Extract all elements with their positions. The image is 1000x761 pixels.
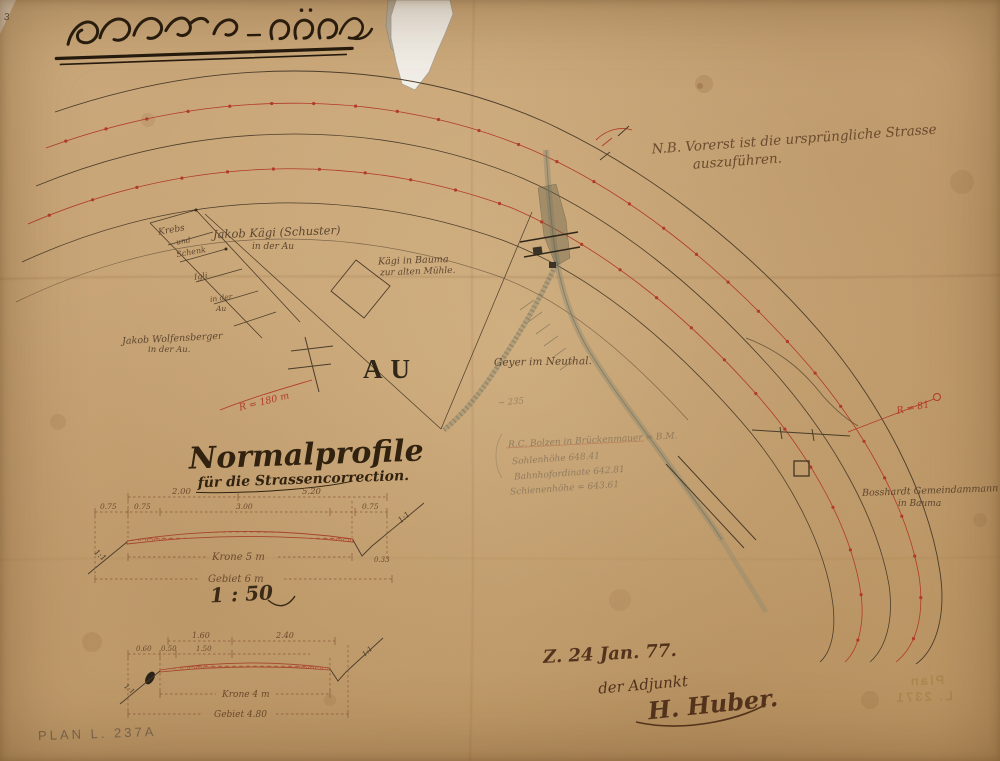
p1-ditch-depth: 0.33	[374, 556, 390, 564]
label-bosshardt-2: in Bauma	[898, 499, 941, 509]
river	[444, 150, 766, 612]
station-dot	[856, 639, 859, 642]
station-dot	[498, 202, 501, 205]
station-dot	[454, 188, 457, 191]
road-curves	[16, 71, 942, 664]
survey-note-line2: Sohlenhöhe 648.41	[512, 451, 601, 467]
label-kaegi-schuster: Jakob Kägi (Schuster)	[211, 223, 341, 242]
profile-1: 2.00 5.20 0.75 0.75 3.00 0.75 1:1 1:1 0.…	[88, 487, 424, 608]
stamp-line1: Plan	[909, 672, 945, 688]
label-au-small: Au	[215, 304, 226, 313]
stamp-bleedthrough: Plan L. 2371	[894, 672, 953, 705]
survey-note: R.C. Bolzen in Brückenmauer = B.M. Sohle…	[496, 431, 678, 497]
station-dot	[919, 596, 922, 599]
p1-dim-mid-1: 0.75	[100, 502, 117, 511]
station-dot	[883, 476, 886, 479]
station-dot	[187, 110, 190, 113]
label-geyer: Geyer im Neuthal.	[494, 355, 592, 369]
station-dot	[409, 178, 412, 181]
station-dot	[64, 140, 67, 143]
label-wolfensberger-2: in der Au.	[148, 345, 190, 355]
mill-building-2	[549, 262, 556, 268]
p1-dim-top-left: 2.00	[171, 487, 192, 497]
label-kaegi-schuster-2: in der Au	[252, 242, 294, 252]
p1-krone-label: Krone 5 m	[211, 552, 265, 563]
road-curve-mid	[36, 134, 890, 662]
mill-building	[533, 246, 543, 254]
station-dot	[540, 220, 543, 223]
station-dot	[786, 340, 789, 343]
label-schenk: Schenk	[176, 245, 207, 259]
label-inder: in der	[209, 292, 233, 304]
normalprofile-heading: Normalprofile für die Strassencorrection…	[187, 433, 425, 494]
p1-dim-top-right: 5.20	[302, 487, 322, 497]
p2-slope-left: 1:1	[122, 682, 136, 695]
p1-dim-mid-2: 0.75	[134, 502, 151, 511]
nb-note: N.B. Vorerst ist die ursprüngliche Stras…	[650, 122, 938, 176]
station-dot	[912, 637, 915, 640]
station-dot	[754, 392, 757, 395]
p2-road-surface	[160, 663, 330, 672]
plan-drawing: 3 N.B. Vorerst ist die ursprüngliche Str…	[0, 0, 1000, 761]
station-dot	[135, 186, 138, 189]
p2-krone-label: Krone 4 m	[221, 690, 270, 700]
station-dot	[690, 326, 693, 329]
scanned-plan-sheet: 3 N.B. Vorerst ist die ursprüngliche Str…	[0, 0, 1000, 761]
station-dot	[555, 160, 558, 163]
p2-dim-top-right: 2.40	[275, 631, 294, 640]
survey-cross-mark	[288, 337, 333, 392]
station-dot	[592, 180, 595, 183]
profile-2: 1.60 2.40 0.60 0.50 1.50 1:1 1:1 Krone 4…	[120, 631, 383, 720]
station-dot	[318, 168, 321, 171]
station-dot	[396, 110, 399, 113]
label-pencil-height: ~ 235	[498, 396, 525, 408]
station-dot	[723, 358, 726, 361]
calligraphic-title-flourish	[56, 7, 373, 64]
station-dot	[48, 214, 51, 217]
p2-gebiet-label: Gebiet 4.80	[214, 710, 267, 720]
torn-paper-patch	[386, 0, 453, 90]
plan-number-pencil: PLAN L. 237A	[38, 724, 157, 743]
p1-dim-mid-4: 0.75	[362, 502, 379, 511]
station-dot	[849, 548, 852, 551]
station-dot	[91, 198, 94, 201]
p1-slope-right: 1:1	[396, 510, 412, 525]
label-radius-left: R = 180 m	[237, 390, 290, 413]
scale-label: 1 : 50	[209, 580, 273, 607]
road-curve-innermost	[16, 239, 688, 420]
projected-axis-red-2	[28, 169, 862, 662]
station-dot	[783, 428, 786, 431]
label-und: und	[175, 235, 191, 246]
p1-dim-mid-3: 3.00	[236, 502, 253, 511]
foxing-spots	[50, 75, 987, 709]
station-dot	[628, 202, 631, 205]
station-dot	[619, 268, 622, 271]
station-dot	[831, 506, 834, 509]
survey-flag-mark	[596, 126, 632, 160]
nb-note-line2: auszuführen.	[692, 151, 782, 173]
p1-slope-left: 1:1	[92, 548, 108, 563]
p2-dim-mid-3: 1.50	[196, 645, 212, 653]
label-radius-right: R = 81	[895, 399, 931, 417]
station-dot	[270, 102, 273, 105]
stamp-line2: L. 2371	[895, 688, 954, 705]
projected-axis-red-1	[46, 103, 921, 662]
station-dot	[145, 117, 148, 120]
station-dot	[312, 102, 315, 105]
station-dot	[226, 170, 229, 173]
station-dot	[437, 118, 440, 121]
station-dot	[364, 171, 367, 174]
p2-dim-mid-1: 0.60	[136, 645, 152, 653]
station-dot	[180, 177, 183, 180]
river-centerline	[546, 150, 722, 540]
retaining-wall	[752, 427, 850, 441]
p1-road-surface	[127, 531, 353, 544]
station-dot	[860, 593, 863, 596]
radius-node-right	[934, 394, 941, 401]
station-dot	[517, 143, 520, 146]
hillside-line	[746, 338, 858, 426]
station-dot	[477, 129, 480, 132]
p2-right-ditch	[330, 638, 383, 681]
signature-block: Z. 24 Jan. 77. der Adjunkt H. Huber.	[542, 640, 780, 726]
p2-dim-mid-2: 0.50	[161, 645, 177, 653]
station-dot	[757, 310, 760, 313]
label-au-stamp: AU	[363, 354, 418, 384]
signature-date: Z. 24 Jan. 77.	[542, 640, 678, 668]
survey-note-line1: R.C. Bolzen in Brückenmauer = B.M.	[507, 431, 678, 450]
station-dot	[727, 281, 730, 284]
station-dot	[655, 296, 658, 299]
station-dot	[900, 515, 903, 518]
station-dot	[580, 243, 583, 246]
station-dot	[228, 105, 231, 108]
station-dot	[104, 127, 107, 130]
station-dot	[862, 440, 865, 443]
station-dot	[662, 227, 665, 230]
crossing-road	[666, 456, 756, 548]
p2-dim-top-left: 1.60	[192, 631, 210, 640]
station-dot	[839, 405, 842, 408]
station-dot	[814, 372, 817, 375]
station-dot	[913, 555, 916, 558]
river-continuation	[722, 540, 766, 612]
station-dot	[354, 105, 357, 108]
river-band	[546, 150, 722, 540]
survey-note-line4: Schienenhöhe = 643.61	[510, 480, 620, 498]
page-corner-mark: 3	[3, 12, 10, 24]
station-dot	[695, 253, 698, 256]
station-dot	[809, 466, 812, 469]
station-dot	[272, 167, 275, 170]
label-bosshardt: Bosshardt Gemeindammann	[861, 483, 999, 499]
building-bosshardt	[794, 461, 809, 476]
nb-note-line1: N.B. Vorerst ist die ursprüngliche Stras…	[650, 122, 937, 158]
